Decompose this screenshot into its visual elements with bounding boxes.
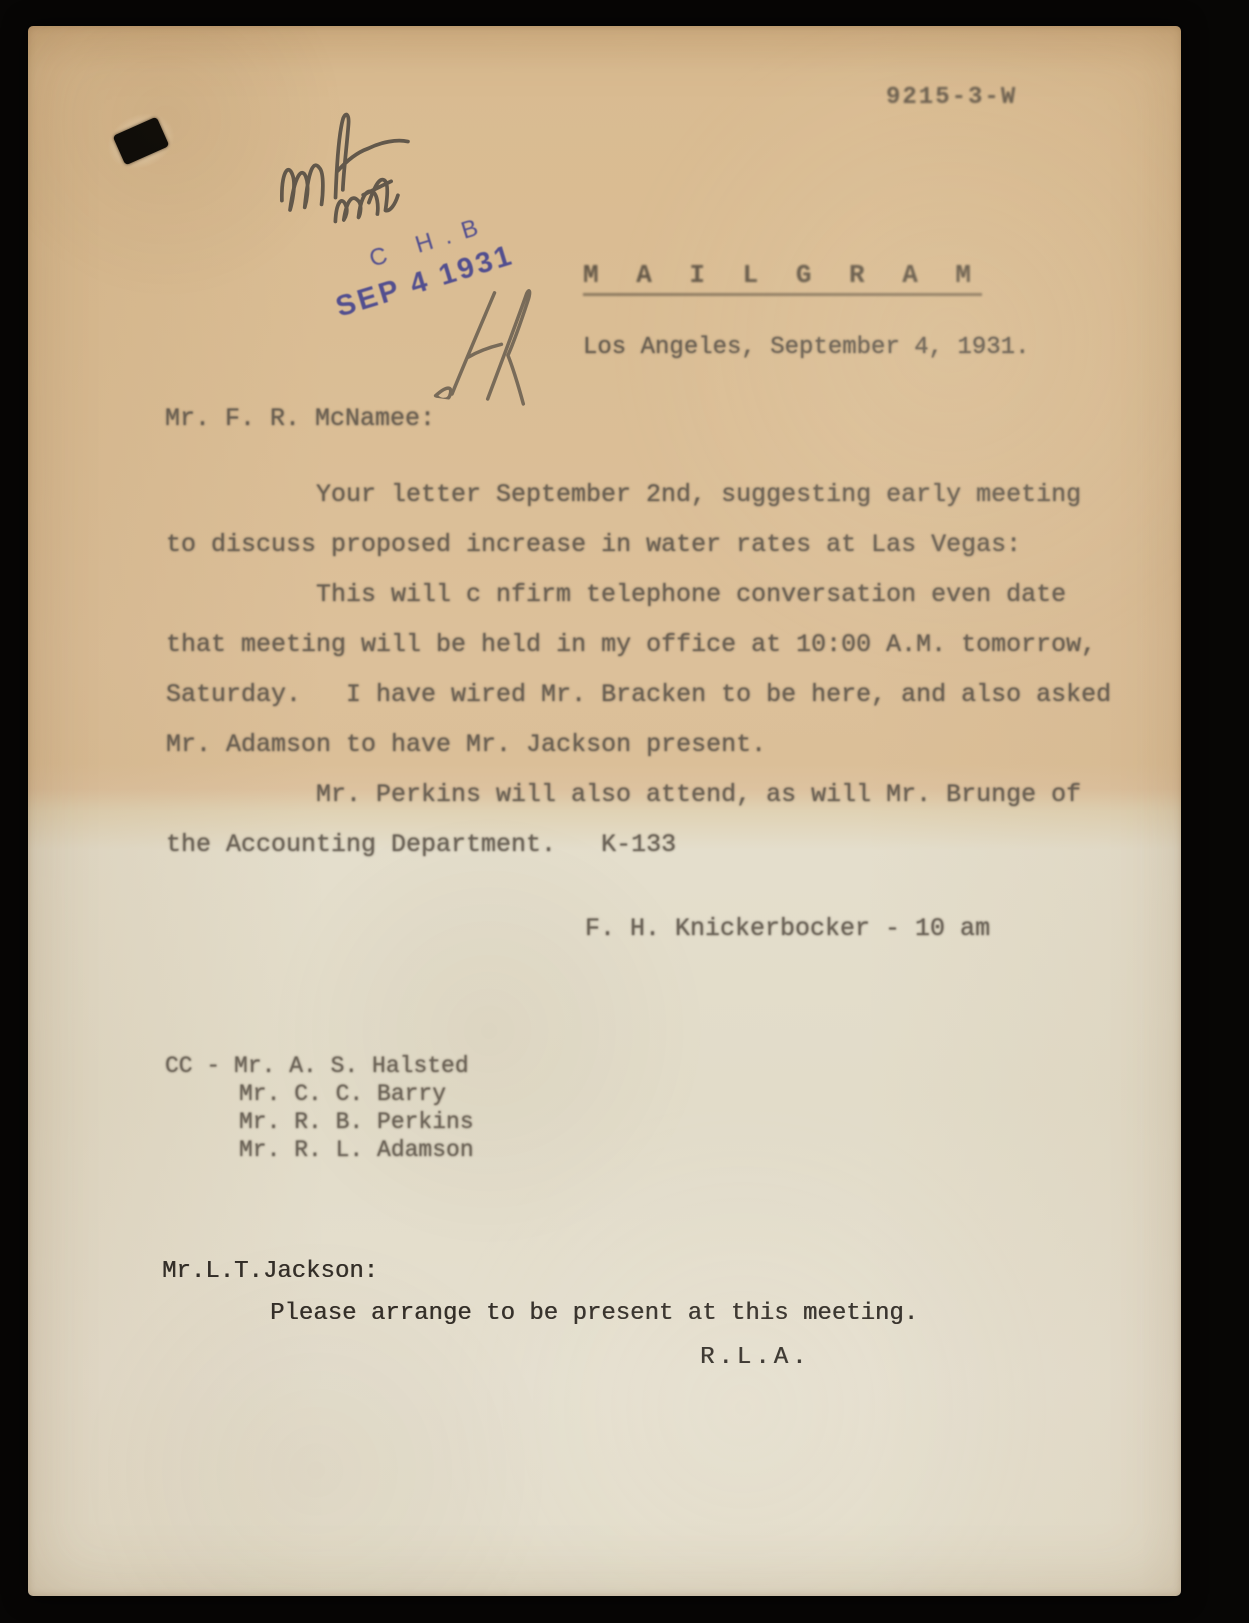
punch-hole	[107, 111, 174, 170]
footer-message: Please arrange to be present at this mee…	[270, 1300, 918, 1327]
letter-dateline: Los Angeles, September 4, 1931.	[583, 334, 1029, 361]
body-line: Your letter September 2nd, suggesting ea…	[166, 470, 1116, 520]
scanner-background: C H.B SEP 4 1931 9215-3-W M A I L G R A …	[0, 0, 1249, 1623]
body-line: that meeting will be held in my office a…	[166, 620, 1116, 670]
cc-list: CC - Mr. A. S. Halsted Mr. C. C. Barry M…	[165, 1052, 474, 1164]
body-line: the Accounting Department. K-133	[166, 820, 1116, 870]
footer-salutation: Mr.L.T.Jackson:	[162, 1258, 378, 1285]
letter-title: M A I L G R A M	[583, 260, 982, 296]
pencil-note-scribble-icon	[259, 91, 437, 237]
cc-line: CC - Mr. A. S. Halsted	[165, 1052, 474, 1080]
letter-body: Your letter September 2nd, suggesting ea…	[166, 470, 1116, 870]
cc-line: Mr. R. B. Perkins	[165, 1108, 474, 1136]
body-line: Mr. Perkins will also attend, as will Mr…	[166, 770, 1116, 820]
letter-salutation: Mr. F. R. McNamee:	[165, 404, 435, 433]
cc-line: Mr. R. L. Adamson	[165, 1136, 474, 1164]
footer-initials: R.L.A.	[700, 1344, 810, 1371]
body-line: to discuss proposed increase in water ra…	[166, 520, 1116, 570]
letter-paper: C H.B SEP 4 1931 9215-3-W M A I L G R A …	[28, 26, 1181, 1596]
body-line: This will c nfirm telephone conversation…	[166, 570, 1116, 620]
cc-line: Mr. C. C. Barry	[165, 1080, 474, 1108]
letter-signature: F. H. Knickerbocker - 10 am	[585, 914, 990, 943]
body-line: Saturday. I have wired Mr. Bracken to be…	[166, 670, 1116, 720]
reference-number: 9215-3-W	[886, 84, 1017, 111]
body-line: Mr. Adamson to have Mr. Jackson present.	[166, 720, 1116, 770]
pencil-initials-scribble-icon	[421, 267, 548, 411]
